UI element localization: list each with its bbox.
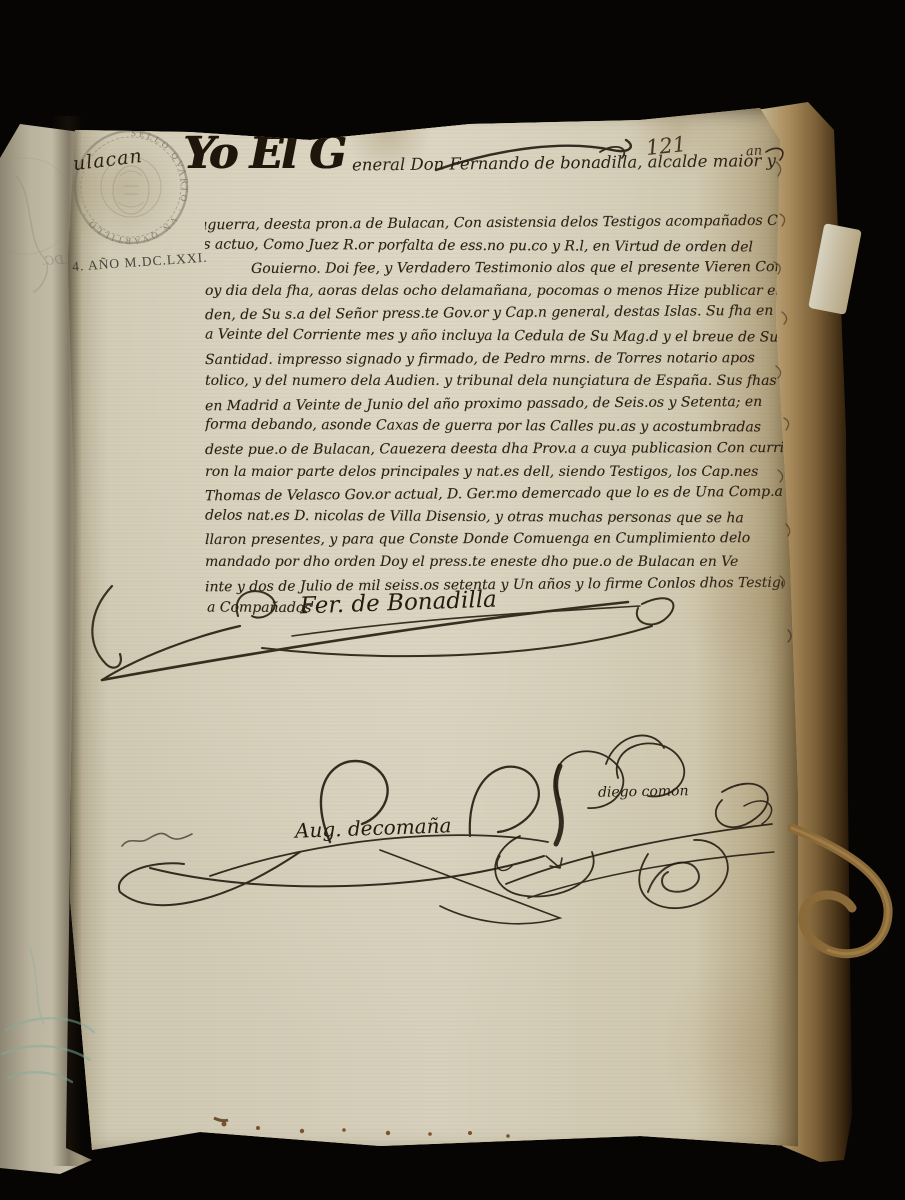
manuscript-line: es actuo, Como Juez R.or porfalta de ess… — [205, 233, 783, 259]
manuscript-line: Gouierno. Doi fee, y Verdadero Testimoni… — [251, 256, 783, 280]
signature-left-name: Aug. decomaña — [295, 813, 452, 842]
manuscript-line: deste pue.o de Bulacan, Cauezera deesta … — [205, 437, 783, 462]
manuscript-page: SELLO QVARTO · VN QVARTILLO · Bulacan 12… — [58, 104, 798, 1162]
heading-initial: Yo El G — [183, 132, 344, 176]
manuscript-line: Santidad. impresso signado y firmado, de… — [205, 347, 783, 372]
manuscript-line: oy dia dela fha, aoras delas ocho delama… — [205, 280, 783, 303]
signature-right-name: diego comon — [598, 783, 689, 801]
manuscript-photo: M.DC. SELLO QVARTO · VN QVARTILLO · Bula… — [0, 0, 905, 1200]
heading: Yo El G eneral Don Fernando de bonadilla… — [183, 132, 783, 176]
manuscript-body: aguerra, deesta pron.a de Bulacan, Con a… — [205, 212, 783, 621]
manuscript-line: forma debando, asonde Caxas de guerra po… — [205, 414, 783, 440]
manuscript-line: a Veinte del Corriente mes y año incluya… — [205, 323, 783, 349]
manuscript-line: tolico, y del numero dela Audien. y trib… — [205, 370, 783, 393]
manuscript-line: llaron presentes, y para que Conste Dond… — [205, 527, 783, 552]
manuscript-line: ron la maior parte delos principales y n… — [205, 461, 783, 484]
manuscript-line: Thomas de Velasco Gov.or actual, D. Ger.… — [205, 481, 783, 508]
paper-seal-stamp: SELLO QVARTO · VN QVARTILLO · — [70, 124, 192, 250]
heading-text: eneral Don Fernando de bonadilla, alcald… — [352, 150, 783, 174]
manuscript-line: mandado por dho orden Doy el press.te en… — [205, 551, 783, 574]
manuscript-line: delos nat.es D. nicolas de Villa Disensi… — [205, 504, 783, 530]
